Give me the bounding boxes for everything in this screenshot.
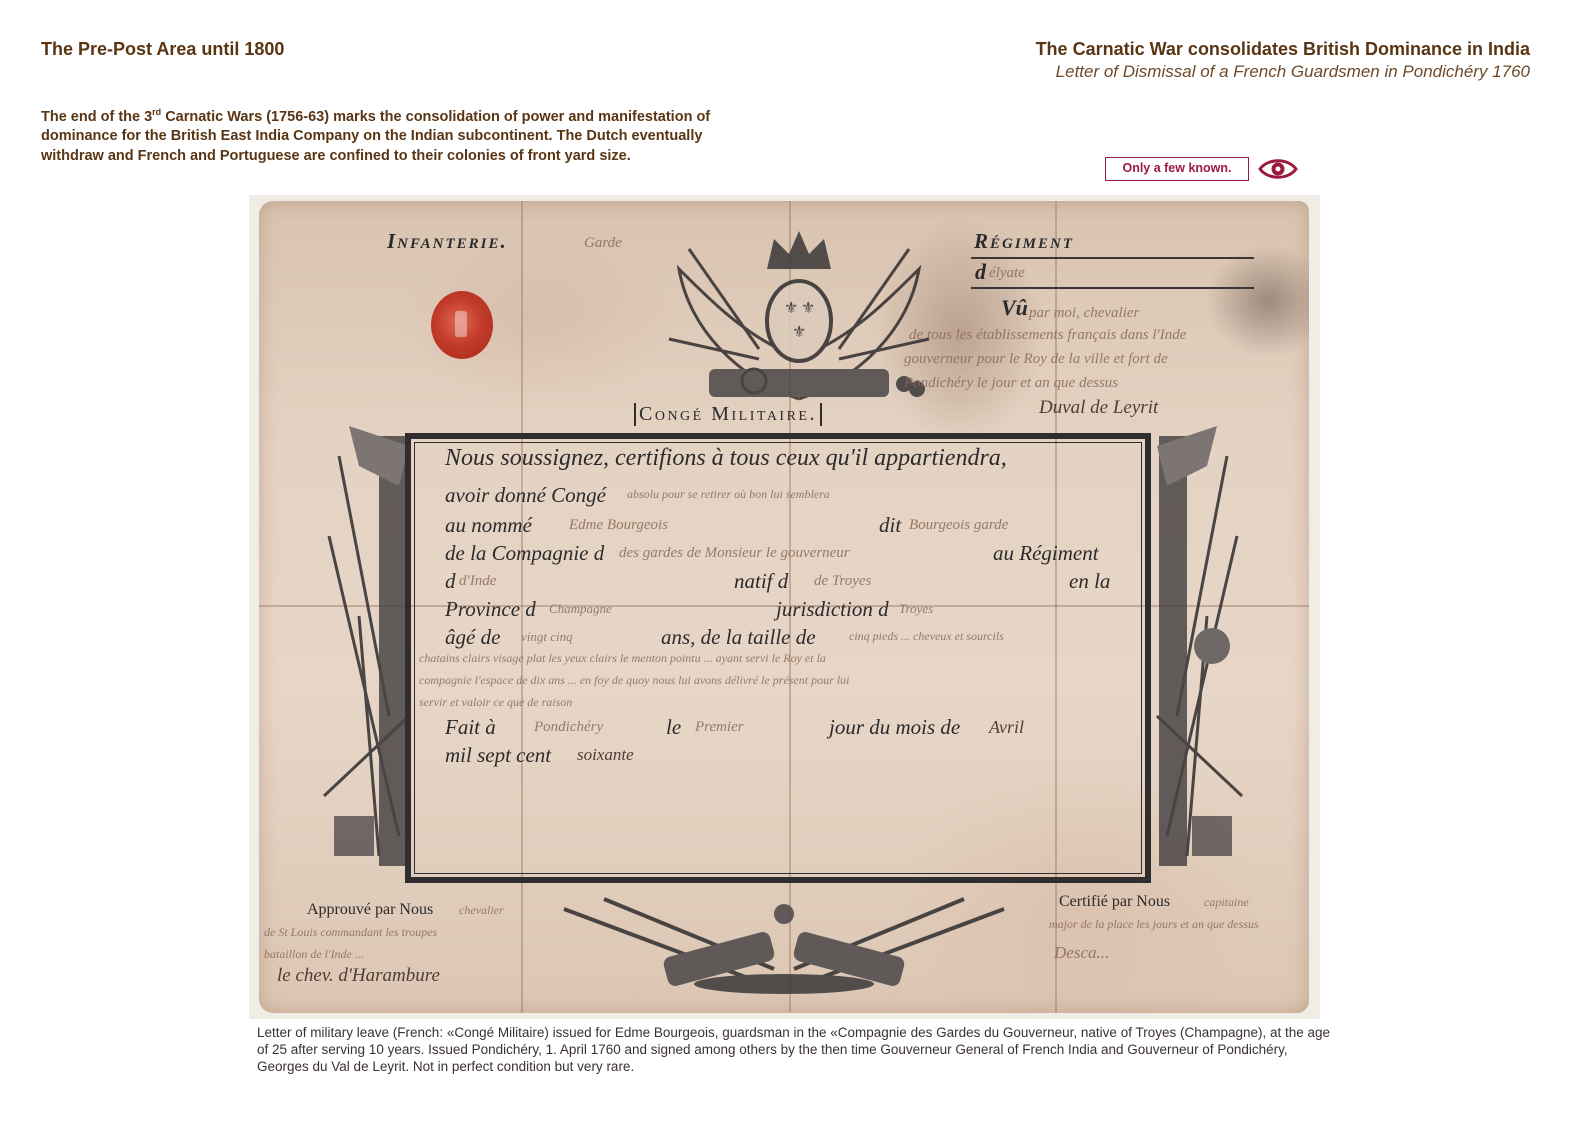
document-image: Infanterie. Garde ⚜⚜⚜ Congé Militaire. R… — [249, 195, 1320, 1019]
eye-icon — [1258, 157, 1298, 181]
handwriting-dit: Bourgeois garde — [909, 517, 1008, 534]
rule — [971, 257, 1254, 259]
handwriting-name: Edme Bourgeois — [569, 517, 668, 534]
signature-top: Duval de Leyrit — [1039, 397, 1158, 419]
handwriting: de tous les établissements français dans… — [909, 327, 1186, 344]
page-subtitle: Letter of Dismissal of a French Guardsme… — [1036, 62, 1530, 82]
handwriting-age: vingt cinq — [521, 629, 573, 645]
figure-caption: Letter of military leave (French: «Congé… — [257, 1024, 1337, 1075]
handwriting-native: de Troyes — [814, 573, 871, 590]
handwriting-year: soixante — [577, 745, 634, 765]
rarity-badge: Only a few known. — [1105, 157, 1249, 181]
wax-seal — [431, 291, 493, 359]
handwriting: capitaine — [1204, 895, 1249, 910]
line-conge: avoir donné Congé — [445, 483, 606, 508]
handwriting: par moi, chevalier — [1029, 305, 1139, 322]
conge-militaire-title: Congé Militaire. — [634, 403, 822, 426]
approved-label: Approuvé par Nous — [307, 901, 433, 919]
handwriting: cinq pieds ... cheveux et sourcils — [849, 629, 1004, 644]
line-natif: natif d — [734, 569, 788, 594]
svg-text:⚜: ⚜ — [801, 300, 815, 317]
handwriting: bataillon de l'Inde ... — [264, 947, 364, 962]
certified-label: Certifié par Nous — [1059, 893, 1170, 911]
handwriting: gouverneur pour le Roy de la ville et fo… — [904, 351, 1168, 368]
handwriting-province: Champagne — [549, 601, 612, 617]
intro-paragraph: The end of the 3rd Carnatic Wars (1756-6… — [41, 103, 761, 166]
handwriting: élyate — [989, 265, 1025, 282]
line-d: d — [445, 569, 456, 594]
line-age: âgé de — [445, 625, 500, 650]
handwriting: de St Louis commandant les troupes — [264, 925, 437, 940]
vu-label: Vû — [1001, 295, 1028, 321]
signature-right: Desca... — [1054, 943, 1109, 963]
regiment-label: Régiment — [974, 229, 1074, 254]
page-header: The Carnatic War consolidates British Do… — [1036, 39, 1530, 82]
signature-left: le chev. d'Harambure — [277, 965, 440, 987]
handwriting-company: des gardes de Monsieur le gouverneur — [619, 545, 850, 562]
section-title: The Pre-Post Area until 1800 — [41, 39, 284, 60]
line-au-regiment: au Régiment — [993, 541, 1099, 566]
svg-text:⚜: ⚜ — [784, 300, 798, 317]
handwriting: Pondichéry le jour et an que dessus — [904, 375, 1118, 392]
handwriting-conge: absolu pour se retirer où bon lui semble… — [627, 487, 830, 502]
handwriting: servir et valoir ce que de raison — [419, 695, 572, 710]
intro-sup: rd — [152, 107, 161, 117]
line-taille: ans, de la taille de — [661, 625, 816, 650]
line-nous: Nous soussignez, certifions à tous ceux … — [445, 445, 1007, 472]
handwriting-place: Pondichéry — [534, 719, 603, 736]
handwriting-month: Avril — [989, 717, 1024, 738]
handwriting-day: Premier — [695, 719, 744, 736]
page-title: The Carnatic War consolidates British Do… — [1036, 39, 1530, 60]
infanterie-label: Infanterie. — [387, 229, 508, 254]
rule — [971, 287, 1254, 289]
handwriting: compagnie l'espace de dix ans ... en foy… — [419, 673, 849, 688]
line-nomme: au nommé — [445, 513, 532, 538]
line-fait: Fait à — [445, 715, 496, 740]
line-le: le — [666, 715, 681, 740]
line-jour: jour du mois de — [829, 715, 960, 740]
line-en-la: en la — [1069, 569, 1110, 594]
handwriting: major de la place les jours et an que de… — [1049, 917, 1259, 932]
line-jurisdiction: jurisdiction d — [776, 597, 889, 622]
trophy-right-icon — [1147, 416, 1247, 876]
handwriting-regiment: d'Inde — [459, 573, 496, 590]
handwriting: Garde — [584, 235, 622, 252]
line-compagnie: de la Compagnie d — [445, 541, 604, 566]
line-mil: mil sept cent — [445, 743, 551, 768]
handwriting: chatains clairs visage plat les yeux cla… — [419, 651, 826, 666]
handwriting: chevalier — [459, 903, 504, 918]
bottom-trophy-icon — [544, 889, 1024, 999]
handwriting-jurisdiction: Troyes — [899, 601, 933, 617]
regiment-d: d — [975, 259, 986, 285]
line-province: Province d — [445, 597, 536, 622]
intro-part1: The end of the 3 — [41, 109, 152, 125]
svg-text:⚜: ⚜ — [792, 324, 806, 341]
line-dit: dit — [879, 513, 901, 538]
trophy-left-icon — [319, 416, 419, 876]
paper: Infanterie. Garde ⚜⚜⚜ Congé Militaire. R… — [259, 201, 1309, 1013]
